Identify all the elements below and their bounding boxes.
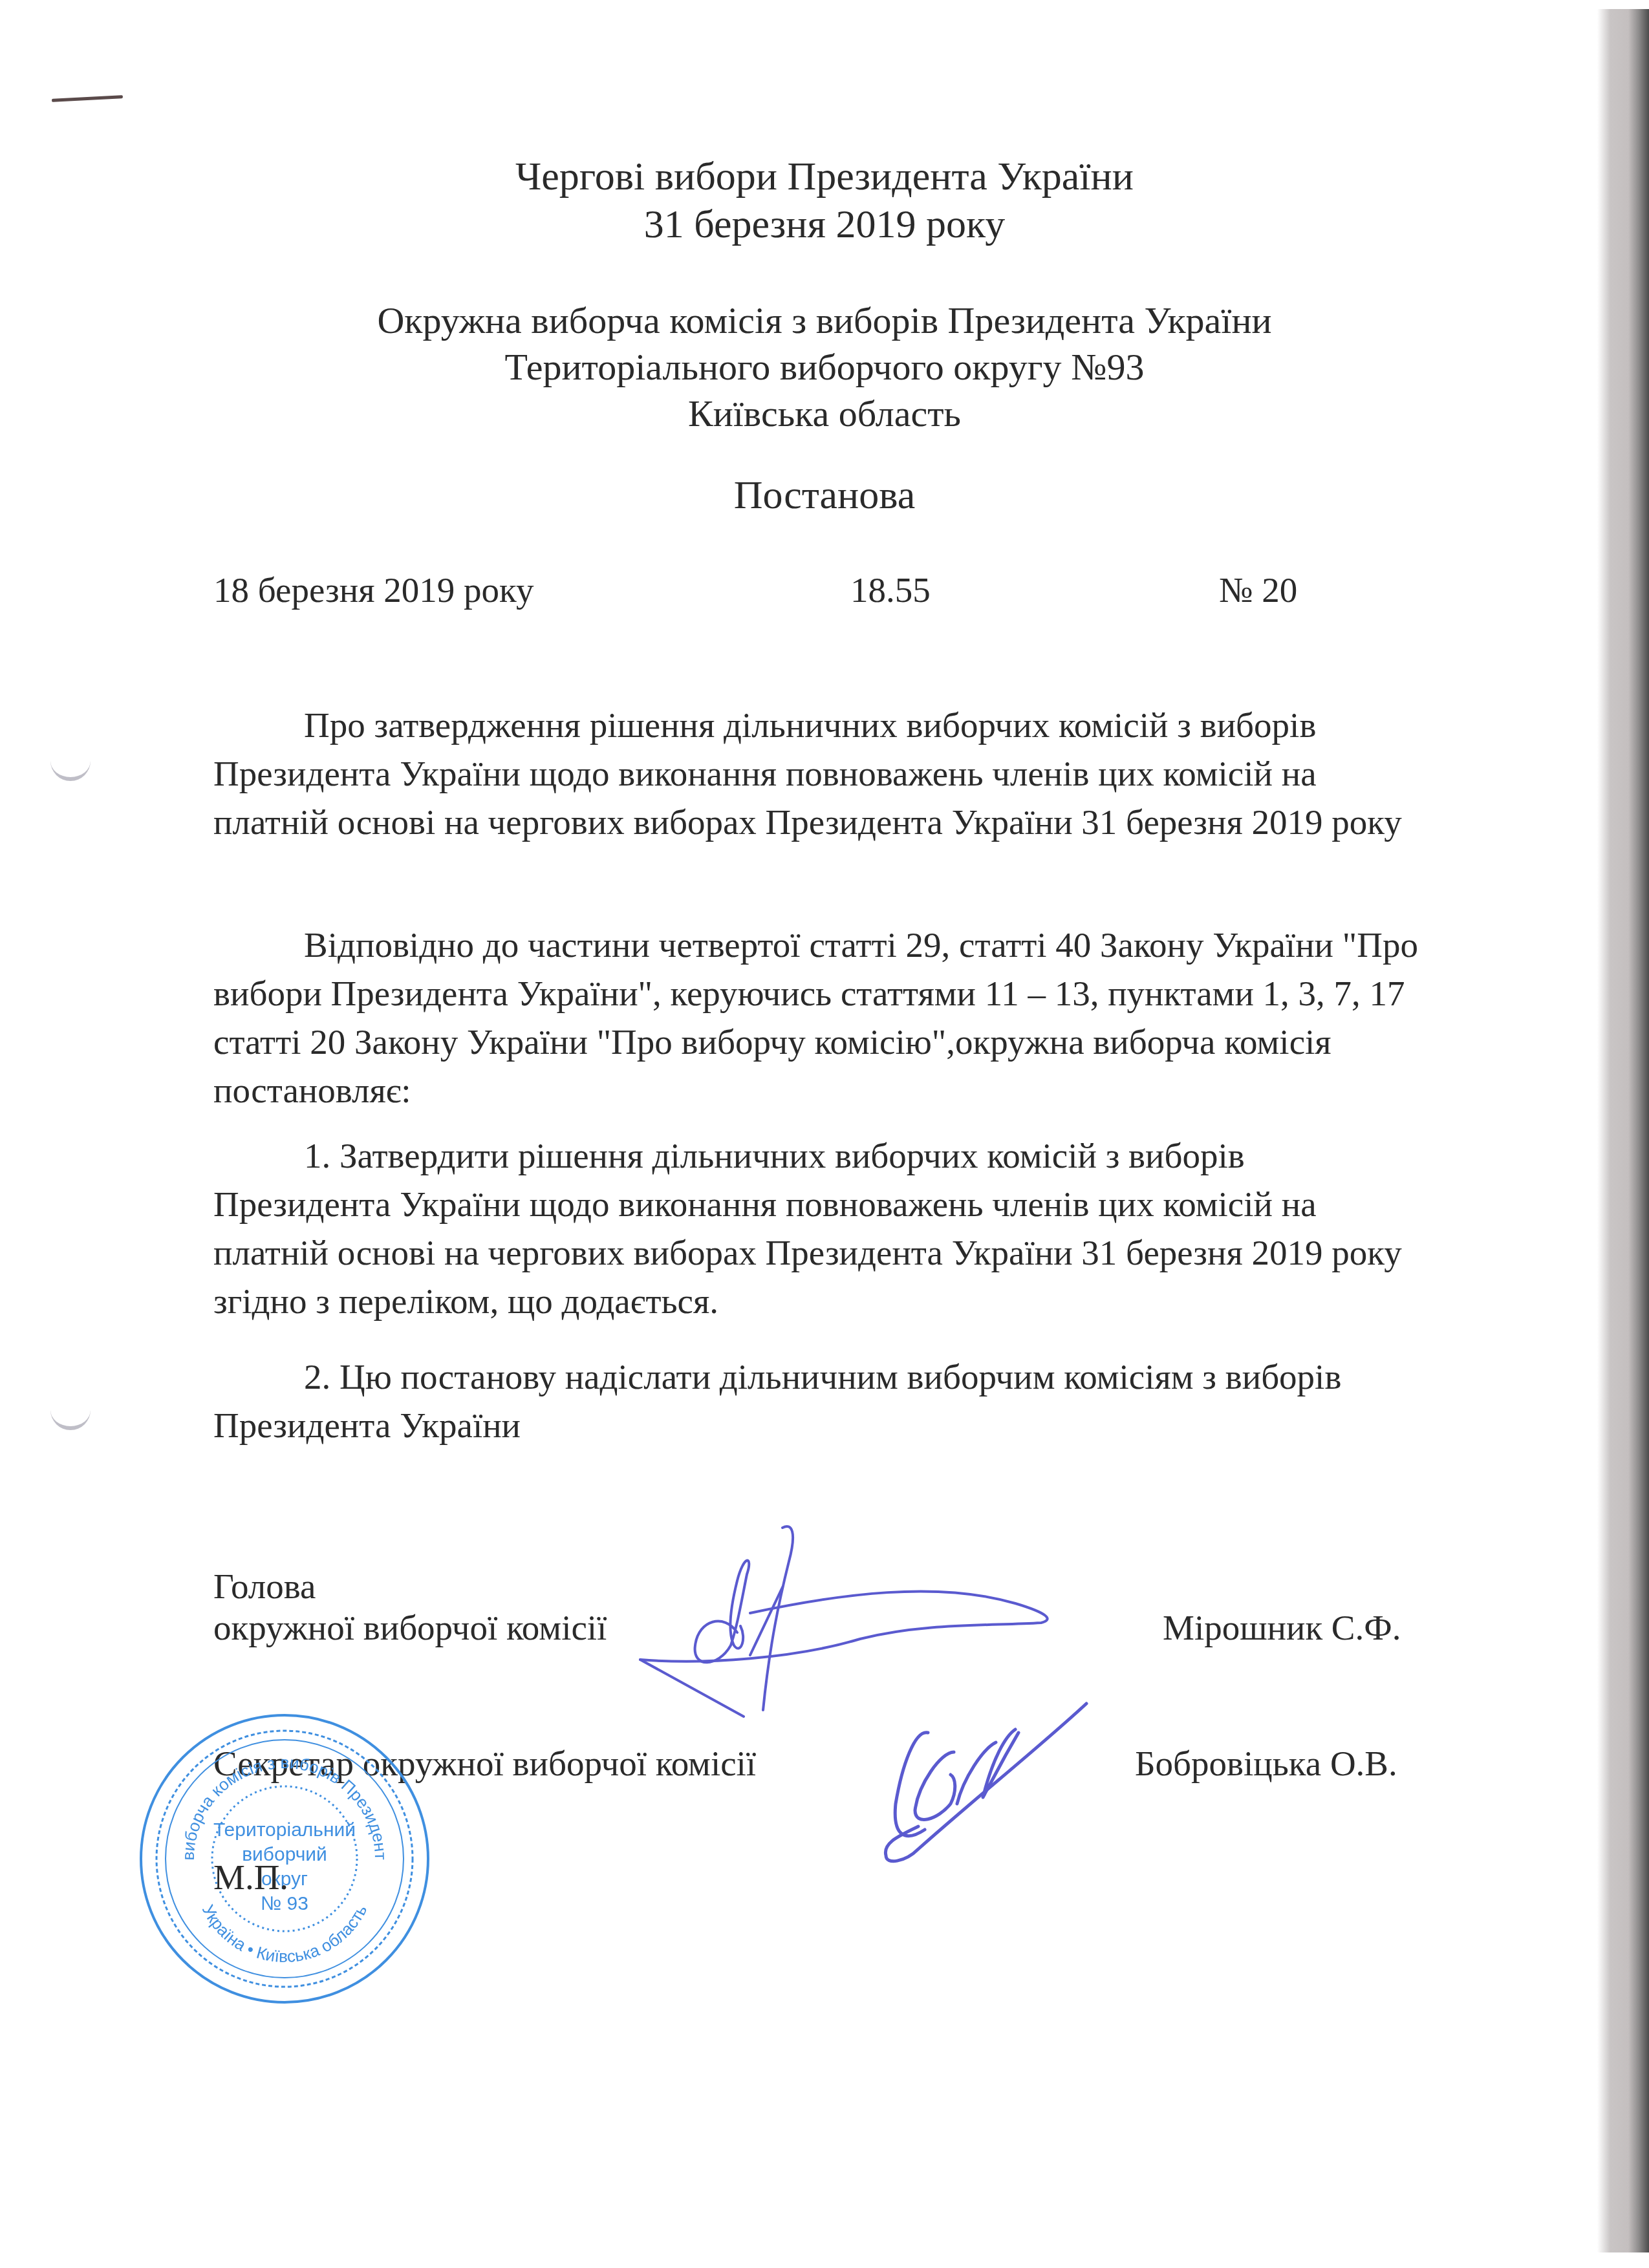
chair-title-line: окружної виборчої комісії bbox=[213, 1607, 607, 1649]
resolution-item-2: 2. Цю постанову надіслати дільничним виб… bbox=[213, 1353, 1426, 1450]
region-name: Київська область bbox=[0, 390, 1649, 437]
secretary-name: Бобровіцька О.В. bbox=[1135, 1743, 1397, 1784]
resolution-item-1: 1. Затвердити рішення дільничних виборчи… bbox=[213, 1131, 1426, 1325]
stamp-center-line: Територіальний bbox=[213, 1819, 356, 1841]
resolution-subject: Про затвердження рішення дільничних вибо… bbox=[213, 701, 1426, 846]
document-number: № 20 bbox=[1219, 569, 1297, 612]
punch-hole-mark bbox=[50, 1407, 91, 1430]
title-line: Чергові вибори Президента України bbox=[0, 153, 1649, 200]
punch-hole-mark bbox=[50, 758, 91, 781]
scan-artifact-mark bbox=[52, 95, 123, 102]
commission-name: Окружна виборча комісія з виборів Презид… bbox=[0, 297, 1649, 344]
scanned-document-page: Чергові вибори Президента України 31 бер… bbox=[0, 0, 1649, 2268]
document-type: Постанова bbox=[0, 472, 1649, 519]
chair-title: Голова окружної виборчої комісії bbox=[213, 1566, 607, 1649]
commission-heading: Окружна виборча комісія з виборів Презид… bbox=[0, 297, 1649, 437]
district-name: Територіального виборчого округу №93 bbox=[0, 344, 1649, 390]
title-date: 31 березня 2019 року bbox=[0, 200, 1649, 248]
document-date: 18 березня 2019 року bbox=[213, 569, 533, 612]
secretary-signature bbox=[879, 1687, 1112, 1875]
chair-name: Мірошник С.Ф. bbox=[1163, 1607, 1401, 1649]
seal-place-label: М.П. bbox=[213, 1857, 288, 1898]
document-time: 18.55 bbox=[850, 569, 931, 612]
resolution-preamble: Відповідно до частини четвертої статті 2… bbox=[213, 921, 1426, 1115]
chair-title-line: Голова bbox=[213, 1566, 607, 1607]
election-title: Чергові вибори Президента України 31 бер… bbox=[0, 153, 1649, 248]
